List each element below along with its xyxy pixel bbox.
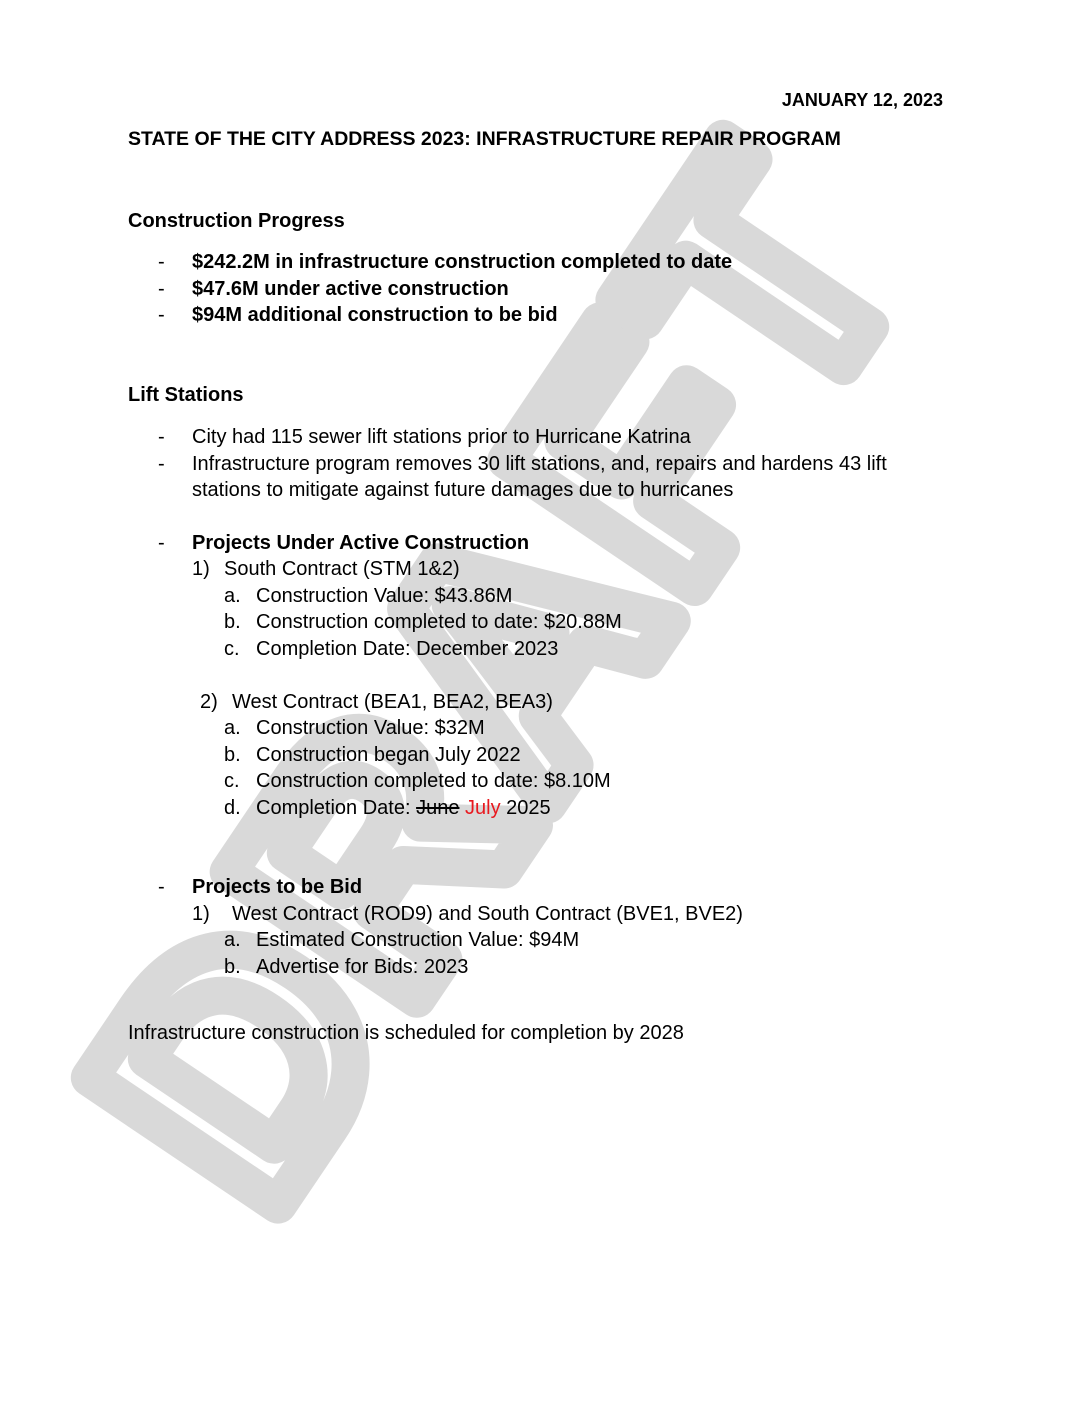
project-name-west-contract: West Contract (BEA1, BEA2, BEA3): [232, 691, 553, 714]
detail-letter: b.: [224, 611, 241, 634]
progress-item-completed: $242.2M in infrastructure construction c…: [192, 251, 732, 274]
lift-item-count: City had 115 sewer lift stations prior t…: [192, 426, 691, 449]
detail-letter: a.: [224, 717, 241, 740]
detail-letter: a.: [224, 585, 241, 608]
progress-item-active: $47.6M under active construction: [192, 278, 509, 301]
detail-completion-date-revised: Completion Date: June July 2025: [256, 797, 551, 820]
bullet-dash: -: [158, 876, 165, 899]
detail-letter: a.: [224, 929, 241, 952]
detail-construction-began: Construction began July 2022: [256, 744, 521, 767]
subheading-active-construction: Projects Under Active Construction: [192, 532, 529, 555]
bullet-dash: -: [158, 453, 165, 476]
section-heading-construction-progress: Construction Progress: [128, 210, 345, 233]
detail-letter: c.: [224, 638, 240, 661]
progress-item-to-bid: $94M additional construction to be bid: [192, 304, 558, 327]
bullet-dash: -: [158, 251, 165, 274]
lift-item-program-cont: stations to mitigate against future dama…: [192, 479, 733, 502]
detail-prefix: Completion Date:: [256, 797, 416, 819]
project-number: 1): [192, 558, 210, 581]
detail-letter: d.: [224, 797, 241, 820]
deleted-revision-text: June: [416, 797, 459, 819]
detail-suffix: 2025: [506, 797, 551, 819]
lift-item-program: Infrastructure program removes 30 lift s…: [192, 453, 887, 476]
detail-construction-value: Construction Value: $32M: [256, 717, 485, 740]
document-date: JANUARY 12, 2023: [782, 90, 943, 111]
project-number: 1): [192, 903, 210, 926]
bullet-dash: -: [158, 278, 165, 301]
closing-statement: Infrastructure construction is scheduled…: [128, 1022, 684, 1045]
detail-construction-value: Construction Value: $43.86M: [256, 585, 512, 608]
document-page: JANUARY 12, 2023 STATE OF THE CITY ADDRE…: [0, 0, 1088, 1408]
detail-advertise-for-bids: Advertise for Bids: 2023: [256, 956, 468, 979]
project-name-bid-contracts: West Contract (ROD9) and South Contract …: [232, 903, 743, 926]
detail-letter: b.: [224, 956, 241, 979]
detail-completed-to-date: Construction completed to date: $8.10M: [256, 770, 611, 793]
detail-estimated-value: Estimated Construction Value: $94M: [256, 929, 579, 952]
detail-completion-date: Completion Date: December 2023: [256, 638, 558, 661]
bullet-dash: -: [158, 532, 165, 555]
detail-letter: c.: [224, 770, 240, 793]
inserted-revision-text: July: [465, 797, 501, 819]
section-heading-lift-stations: Lift Stations: [128, 384, 244, 407]
bullet-dash: -: [158, 426, 165, 449]
detail-completed-to-date: Construction completed to date: $20.88M: [256, 611, 622, 634]
project-name-south-contract: South Contract (STM 1&2): [224, 558, 460, 581]
project-number: 2): [200, 691, 218, 714]
bullet-dash: -: [158, 304, 165, 327]
subheading-projects-to-be-bid: Projects to be Bid: [192, 876, 362, 899]
detail-letter: b.: [224, 744, 241, 767]
document-title: STATE OF THE CITY ADDRESS 2023: INFRASTR…: [128, 128, 841, 151]
